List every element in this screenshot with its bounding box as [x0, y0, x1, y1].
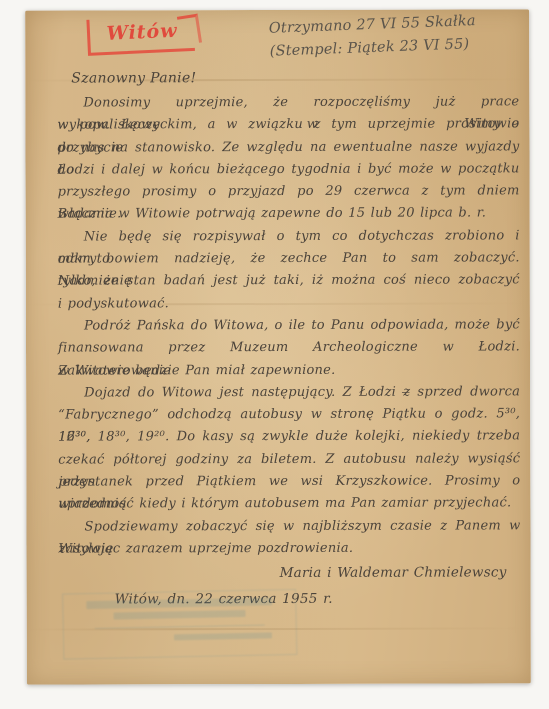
letter-body: Donosimy uprzejmie, że rozpoczęliśmy już…: [57, 91, 520, 611]
salutation: Szanowny Panie!: [71, 68, 196, 88]
received-note: Otrzymano 27 VI 55 Skałka (Stempel: Piąt…: [268, 8, 542, 64]
letter-line: przyszłego prosimy o przyjazd po 29 czer…: [58, 181, 520, 205]
stamp-text-row: [174, 632, 272, 640]
letter-line: Badania w Witowie potrwają zapewne do 15…: [58, 203, 520, 227]
stamp-text-row: [114, 610, 246, 620]
letter-line: i podyskutować.: [58, 292, 520, 316]
letter-line: czekać półtorej godziny za biletem. Z au…: [58, 448, 520, 472]
letter-line: Donosimy uprzejmie, że rozpoczęliśmy już…: [57, 91, 519, 115]
letter-line: 16³⁰, 18³⁰, 19²⁰. Do kasy są zwykle duże…: [58, 426, 520, 450]
letter-line: Łodzi i dalej w końcu bieżącego tygodnia…: [58, 158, 520, 182]
letter-line: Spodziewamy zobaczyć się w najbliższym c…: [58, 515, 520, 539]
stamp-text-row: [86, 597, 273, 609]
letter-sheet: Witów Otrzymano 27 VI 55 Skałka (Stempel…: [25, 9, 531, 684]
red-boxed-annotation: Witów: [86, 15, 195, 56]
letter-line: wiadomość kiedy i którym autobusem ma Pa…: [58, 493, 520, 517]
letter-line: zasyłając zarazem uprzejme pozdrowienia.: [59, 537, 521, 561]
letter-line: Dojazd do Witowa jest następujący. Z Łod…: [58, 381, 520, 405]
stamp-rule: [95, 625, 265, 629]
letter-line: przystanek przed Piątkiem we wsi Krzyszk…: [58, 470, 520, 494]
letter-line: mam bowiem nadzieję, że zechce Pan to sa…: [58, 247, 520, 271]
letter-line: finansowana przez Muzeum Archeologiczne …: [58, 337, 520, 361]
letter-line: “Fabrycznego” odchodzą autobusy w stronę…: [58, 404, 520, 428]
letter-line: w pow. Łęczyckim, a w związku z tym uprz…: [57, 114, 519, 138]
letter-line: Nie będę się rozpisywał o tym co dotychc…: [58, 225, 520, 249]
signature: Maria i Waldemar Chmielewscy: [59, 562, 521, 587]
letter-line: do nas na stanowisko. Ze względu na ewen…: [57, 136, 519, 160]
letter-line: tylko, że stan badań jest już taki, iż m…: [58, 270, 520, 294]
letter-line: Podróż Pańska do Witowa, o ile to Panu o…: [58, 314, 520, 338]
bleedthrough-stamp: [62, 589, 297, 660]
letter-line: w Witowie będzie Pan miał zapewnione.: [58, 359, 520, 383]
